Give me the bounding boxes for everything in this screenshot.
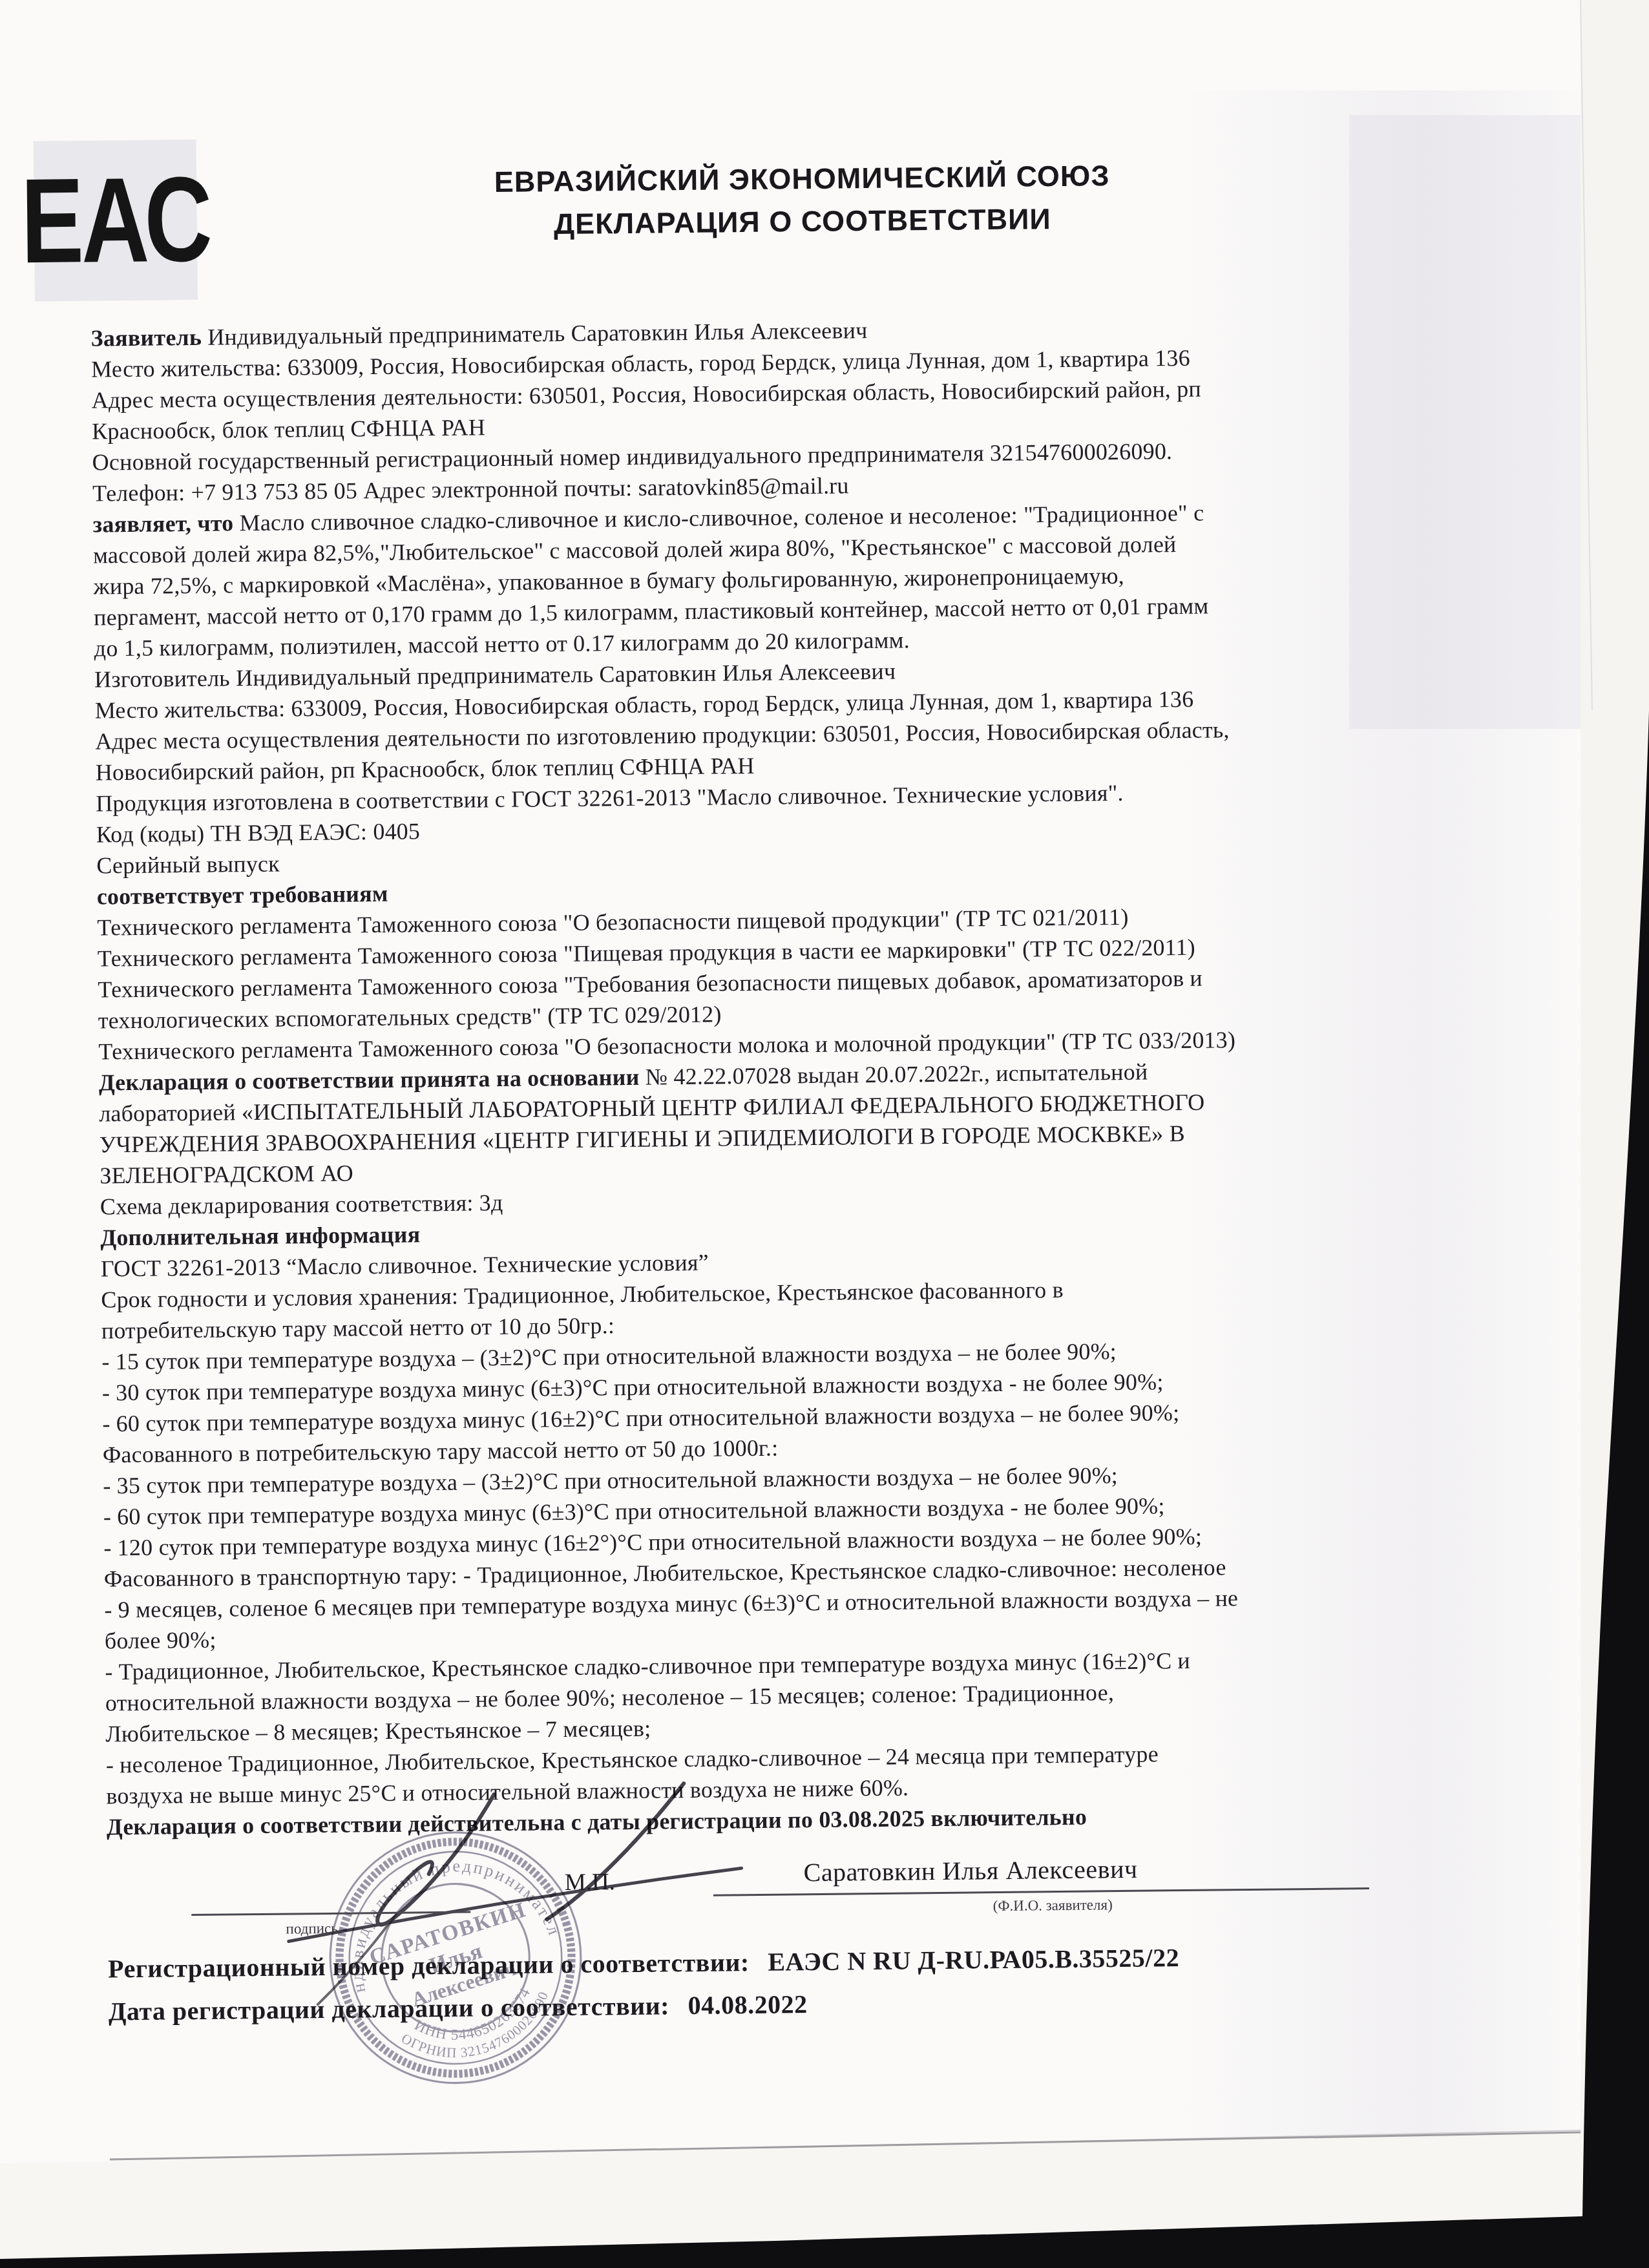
document-content: ЕАС ЕВРАЗИЙСКИЙ ЭКОНОМИЧЕСКИЙ СОЮЗ ДЕКЛА… bbox=[0, 0, 1649, 2268]
document-title-line2: ДЕКЛАРАЦИЯ О СООТВЕТСТВИИ bbox=[353, 196, 1252, 248]
registration-date-row: Дата регистрации декларации о соответств… bbox=[109, 1989, 808, 2026]
registration-date-value: 04.08.2022 bbox=[688, 1990, 807, 2020]
registration-date-label: Дата регистрации декларации о соответств… bbox=[109, 1991, 670, 2026]
stamp-place-mark: М.П. bbox=[565, 1868, 616, 1896]
registration-number-value: ЕАЭС N RU Д-RU.РА05.В.35525/22 bbox=[768, 1943, 1179, 1977]
signature-caption: подпись bbox=[286, 1920, 337, 1938]
document-header: ЕВРАЗИЙСКИЙ ЭКОНОМИЧЕСКИЙ СОЮЗ ДЕКЛАРАЦИ… bbox=[353, 153, 1252, 248]
registration-number-label: Регистрационный номер декларации о соотв… bbox=[108, 1948, 750, 1983]
eac-logo: ЕАС bbox=[34, 140, 198, 302]
document-lines: Заявитель Индивидуальный предприниматель… bbox=[90, 309, 1425, 1842]
applicant-name: Саратовкин Илья Алексеевич bbox=[803, 1854, 1137, 1887]
applicant-name-caption: (Ф.И.О. заявителя) bbox=[920, 1896, 1185, 1915]
scanned-declaration-page: ЕАС ЕВРАЗИЙСКИЙ ЭКОНОМИЧЕСКИЙ СОЮЗ ДЕКЛА… bbox=[0, 0, 1649, 2268]
eac-logo-letters: ЕАС bbox=[21, 151, 211, 291]
